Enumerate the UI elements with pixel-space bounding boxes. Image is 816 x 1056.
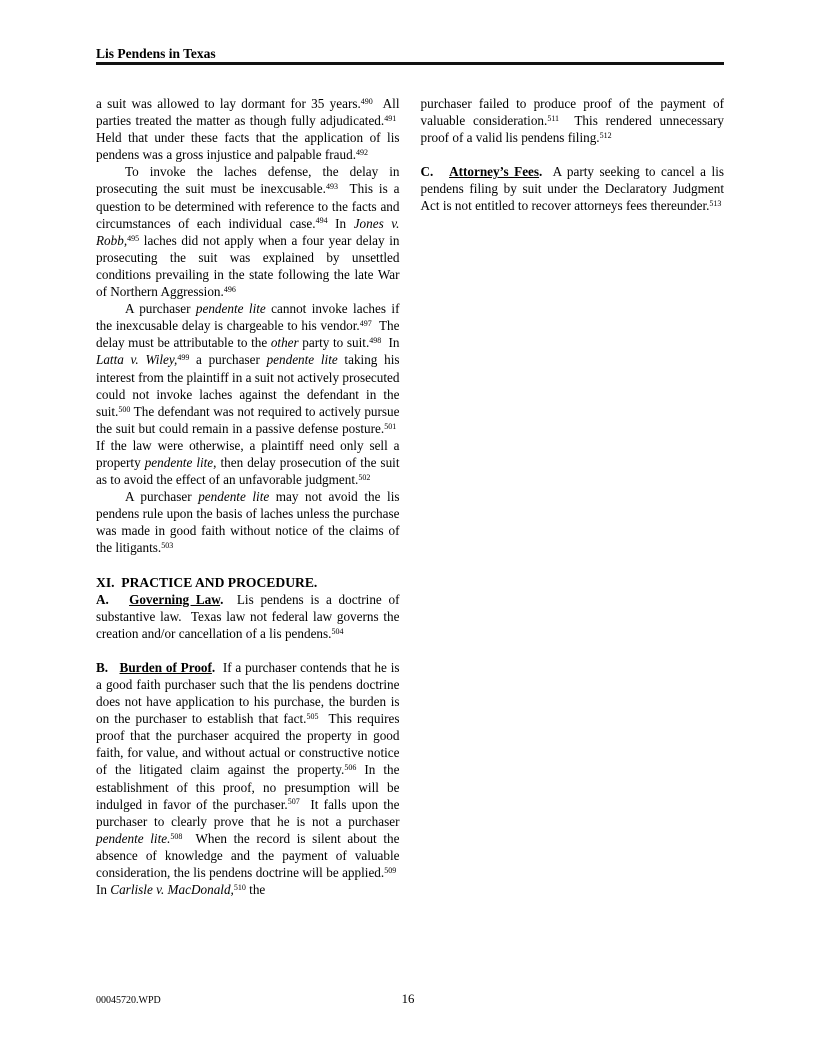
text-run: XI. PRACTICE AND PROCEDURE. <box>96 575 317 590</box>
footnote-ref: 496 <box>224 285 236 294</box>
text-run: In <box>328 216 354 231</box>
document-page: Lis Pendens in Texas a suit was allowed … <box>0 0 816 1056</box>
footnote-ref: 511 <box>547 114 559 123</box>
footnote-ref: 505 <box>306 712 318 721</box>
footnote-ref: 495 <box>127 234 139 243</box>
paragraph: a suit was allowed to lay dormant for 35… <box>96 95 400 163</box>
text-run: C. <box>421 164 450 179</box>
text-run: A. <box>96 592 129 607</box>
text-run: the <box>246 882 265 897</box>
text-run: The defendant was not required to active… <box>96 404 400 436</box>
text-run: pendente lite <box>196 301 266 316</box>
two-column-body: a suit was allowed to lay dormant for 35… <box>96 95 724 898</box>
text-run: pendente lite <box>145 455 213 470</box>
footer-page-number: 16 <box>0 992 816 1007</box>
text-run: Carlisle v. MacDonald, <box>110 882 234 897</box>
text-run: pendente lite. <box>96 831 170 846</box>
text-run: B. <box>96 660 120 675</box>
footnote-ref: 498 <box>369 336 381 345</box>
footnote-ref: 506 <box>344 763 356 772</box>
text-run: A purchaser <box>125 301 196 316</box>
paragraph: C. Attorney’s Fees. A party seeking to c… <box>421 163 725 214</box>
paragraph: B. Burden of Proof. If a purchaser conte… <box>96 659 400 898</box>
footnote-ref: 510 <box>234 883 246 892</box>
footnote-ref: 513 <box>709 199 721 208</box>
paragraph: A purchaser pendente lite cannot invoke … <box>96 300 400 488</box>
text-run: pendente lite <box>198 489 269 504</box>
footnote-ref: 497 <box>360 319 372 328</box>
paragraph: purchaser failed to produce proof of the… <box>421 95 725 146</box>
right-column: purchaser failed to produce proof of the… <box>421 95 725 898</box>
section-heading: XI. PRACTICE AND PROCEDURE. <box>96 574 400 591</box>
header-rule <box>96 62 724 65</box>
footnote-ref: 509 <box>384 866 396 875</box>
text-run: Burden of Proof <box>120 660 212 675</box>
footnote-ref: 507 <box>288 797 300 806</box>
footnote-ref: 500 <box>118 405 130 414</box>
running-header-title: Lis Pendens in Texas <box>96 46 724 61</box>
footnote-ref: 503 <box>161 541 173 550</box>
paragraph: A. Governing Law. Lis pendens is a doctr… <box>96 591 400 642</box>
text-run: A purchaser <box>125 489 198 504</box>
paragraph: A purchaser pendente lite may not avoid … <box>96 488 400 556</box>
footnote-ref: 504 <box>331 627 343 636</box>
text-run: pendente lite <box>267 352 338 367</box>
footnote-ref: 508 <box>170 832 182 841</box>
text-run: party to suit. <box>299 335 370 350</box>
text-run: Governing Law <box>129 592 220 607</box>
page-header: Lis Pendens in Texas <box>96 46 724 61</box>
footnote-ref: 499 <box>177 353 189 362</box>
footnote-ref: 501 <box>384 422 396 431</box>
text-run: Latta v. Wiley, <box>96 352 177 367</box>
footnote-ref: 502 <box>358 473 370 482</box>
paragraph: To invoke the laches defense, the delay … <box>96 163 400 300</box>
footnote-ref: 492 <box>356 148 368 157</box>
footnote-ref: 512 <box>600 131 612 140</box>
left-column: a suit was allowed to lay dormant for 35… <box>96 95 400 898</box>
text-run: laches did not apply when a four year de… <box>96 233 400 299</box>
footnote-ref: 494 <box>316 216 328 225</box>
text-run: In <box>381 335 399 350</box>
footnote-ref: 490 <box>361 97 373 106</box>
text-run: a purchaser <box>189 352 266 367</box>
footnote-ref: 493 <box>326 182 338 191</box>
text-run: other <box>271 335 299 350</box>
footnote-ref: 491 <box>384 114 396 123</box>
text-run: a suit was allowed to lay dormant for 35… <box>96 96 361 111</box>
text-run: Attorney’s Fees <box>449 164 539 179</box>
